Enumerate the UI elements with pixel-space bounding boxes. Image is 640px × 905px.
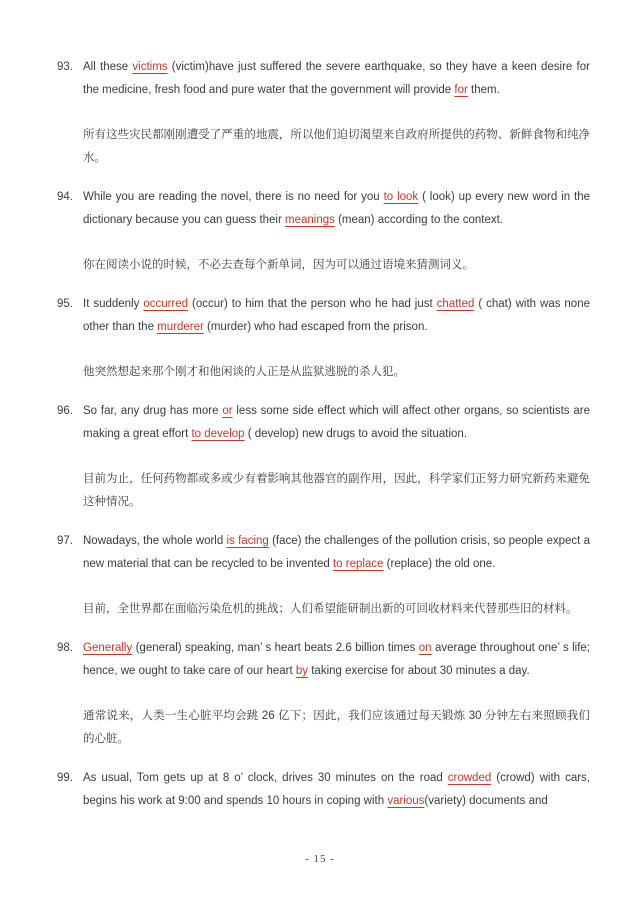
item-number: 93. — [57, 56, 83, 79]
exercise-item: 98. Generally (general) speaking, man’ s… — [57, 637, 590, 751]
sentence-text: While you are reading the novel, there i… — [83, 191, 384, 203]
chinese-translation: 你在阅读小说的时候，不必去查每个新单词，因为可以通过语境来猜测词义。 — [83, 254, 590, 277]
exercise-item: 94. While you are reading the novel, the… — [57, 186, 590, 277]
answer-blank: on — [419, 642, 432, 654]
answer-blank: meanings — [285, 214, 335, 226]
answer-blank: chatted — [437, 298, 475, 310]
sentence-text: (murder) who had escaped from the prison… — [204, 321, 428, 333]
sentence-text: them. — [468, 84, 500, 96]
sentence-text: (mean) according to the context. — [335, 214, 503, 226]
english-sentence-row: 95. It suddenly occurred (occur) to him … — [57, 293, 590, 339]
document-page: 93. All these victims (victim)have just … — [0, 0, 640, 905]
answer-blank: to look — [384, 191, 419, 203]
sentence-text: All these — [83, 61, 132, 73]
answer-blank: or — [222, 405, 232, 417]
english-sentence-row: 99. As usual, Tom gets up at 8 o’ clock,… — [57, 767, 590, 813]
answer-blank: occurred — [143, 298, 188, 310]
answer-blank: is facing — [227, 535, 269, 547]
exercise-list: 93. All these victims (victim)have just … — [57, 56, 590, 813]
sentence-text: So far, any drug has more — [83, 405, 222, 417]
sentence-text: (general) speaking, man’ s heart beats 2… — [132, 642, 419, 654]
item-number: 94. — [57, 186, 83, 209]
answer-blank: murderer — [157, 321, 204, 333]
answer-blank: to replace — [333, 558, 384, 570]
item-number: 97. — [57, 530, 83, 553]
sentence-text: It suddenly — [83, 298, 143, 310]
exercise-item: 96. So far, any drug has more or less so… — [57, 400, 590, 514]
english-sentence: So far, any drug has more or less some s… — [83, 400, 590, 446]
answer-blank: victims — [132, 61, 167, 73]
exercise-item: 95. It suddenly occurred (occur) to him … — [57, 293, 590, 384]
english-sentence: While you are reading the novel, there i… — [83, 186, 590, 232]
answer-blank: various — [387, 795, 424, 807]
chinese-translation: 所有这些灾民都刚刚遭受了严重的地震，所以他们迫切渴望来自政府所提供的药物、新鲜食… — [83, 124, 590, 170]
chinese-translation: 通常说来，人类一生心脏平均会跳 26 亿下；因此，我们应该通过每天锻炼 30 分… — [83, 705, 590, 751]
answer-blank: crowded — [448, 772, 491, 784]
page-number: - 15 - — [0, 853, 640, 865]
english-sentence-row: 94. While you are reading the novel, the… — [57, 186, 590, 232]
answer-blank: to develop — [191, 428, 244, 440]
chinese-translation: 他突然想起来那个刚才和他闲谈的人正是从监狱逃脱的杀人犯。 — [83, 361, 590, 384]
exercise-item: 93. All these victims (victim)have just … — [57, 56, 590, 170]
item-number: 96. — [57, 400, 83, 423]
answer-blank: by — [296, 665, 308, 677]
sentence-text: ( develop) new drugs to avoid the situat… — [245, 428, 467, 440]
english-sentence-row: 93. All these victims (victim)have just … — [57, 56, 590, 102]
exercise-item: 99. As usual, Tom gets up at 8 o’ clock,… — [57, 767, 590, 813]
sentence-text: (occur) to him that the person who he ha… — [188, 298, 437, 310]
english-sentence-row: 97. Nowadays, the whole world is facing … — [57, 530, 590, 576]
exercise-item: 97. Nowadays, the whole world is facing … — [57, 530, 590, 621]
item-number: 98. — [57, 637, 83, 660]
english-sentence: Generally (general) speaking, man’ s hea… — [83, 637, 590, 683]
sentence-text: Nowadays, the whole world — [83, 535, 227, 547]
english-sentence: All these victims (victim)have just suff… — [83, 56, 590, 102]
sentence-text: As usual, Tom gets up at 8 o’ clock, dri… — [83, 772, 448, 784]
sentence-text: (replace) the old one. — [383, 558, 495, 570]
item-number: 99. — [57, 767, 83, 790]
english-sentence: Nowadays, the whole world is facing (fac… — [83, 530, 590, 576]
chinese-translation: 目前，全世界都在面临污染危机的挑战；人们希望能研制出新的可回收材料来代替那些旧的… — [83, 598, 590, 621]
sentence-text: (variety) documents and — [424, 795, 547, 807]
english-sentence: It suddenly occurred (occur) to him that… — [83, 293, 590, 339]
item-number: 95. — [57, 293, 83, 316]
answer-blank: for — [454, 84, 467, 96]
sentence-text: taking exercise for about 30 minutes a d… — [308, 665, 530, 677]
chinese-translation: 目前为止，任何药物都或多或少有着影响其他器官的副作用，因此，科学家们正努力研究新… — [83, 468, 590, 514]
english-sentence-row: 98. Generally (general) speaking, man’ s… — [57, 637, 590, 683]
answer-blank: Generally — [83, 642, 132, 654]
english-sentence: As usual, Tom gets up at 8 o’ clock, dri… — [83, 767, 590, 813]
english-sentence-row: 96. So far, any drug has more or less so… — [57, 400, 590, 446]
